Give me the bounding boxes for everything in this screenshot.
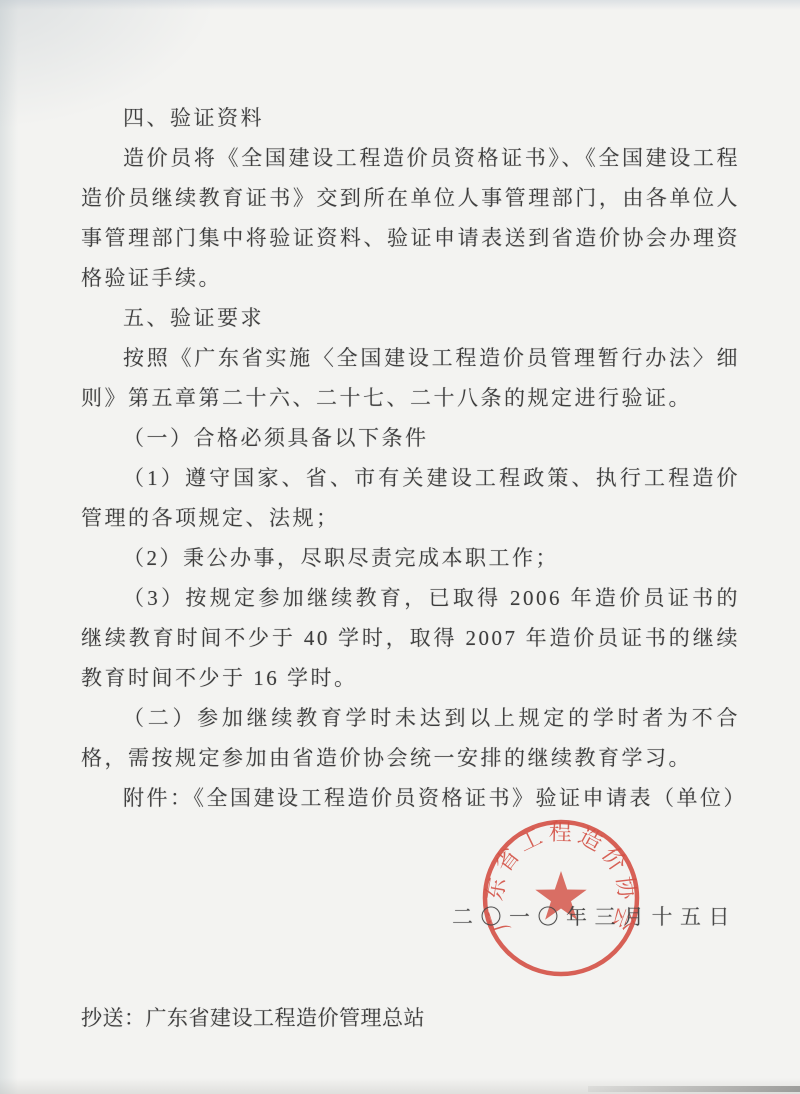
paragraph-verification-basis: 按照《广东省实施〈全国建设工程造价员管理暂行办法〉细则》第五章第二十六、二十七、… [81,338,740,418]
document-date: 二〇一〇年三月十五日 [452,901,737,931]
paragraph-condition-2: （2）秉公办事，尽职尽责完成本职工作； [81,538,740,578]
document-body: 四、验证资料 造价员将《全国建设工程造价员资格证书》、《全国建设工程造价员继续教… [81,98,740,818]
official-seal-stamp: 广东省工程造价协会 [476,813,646,983]
section-heading-5: 五、验证要求 [81,298,740,338]
seal-graphic: 广东省工程造价协会 [476,813,646,983]
section-heading-4: 四、验证资料 [81,98,740,138]
scan-shadow-left [0,0,18,1094]
paragraph-verification-materials: 造价员将《全国建设工程造价员资格证书》、《全国建设工程造价员继续教育证书》交到所… [81,138,740,298]
cc-line: 抄送：广东省建设工程造价管理总站 [81,1002,425,1032]
scan-streak-bottom-right [588,1086,800,1092]
paragraph-unqualified-rule: （二）参加继续教育学时未达到以上规定的学时者为不合格，需按规定参加由省造价协会统… [81,698,740,778]
scanned-document-page: 四、验证资料 造价员将《全国建设工程造价员资格证书》、《全国建设工程造价员继续教… [0,0,800,1094]
paragraph-attachment: 附件：《全国建设工程造价员资格证书》验证申请表（单位） [81,778,740,818]
paragraph-condition-1: （1）遵守国家、省、市有关建设工程政策、执行工程造价管理的各项规定、法规； [81,458,740,538]
paragraph-qualified-conditions-heading: （一）合格必须具备以下条件 [81,418,740,458]
paragraph-condition-3: （3）按规定参加继续教育，已取得 2006 年造价员证书的继续教育时间不少于 4… [81,578,740,698]
